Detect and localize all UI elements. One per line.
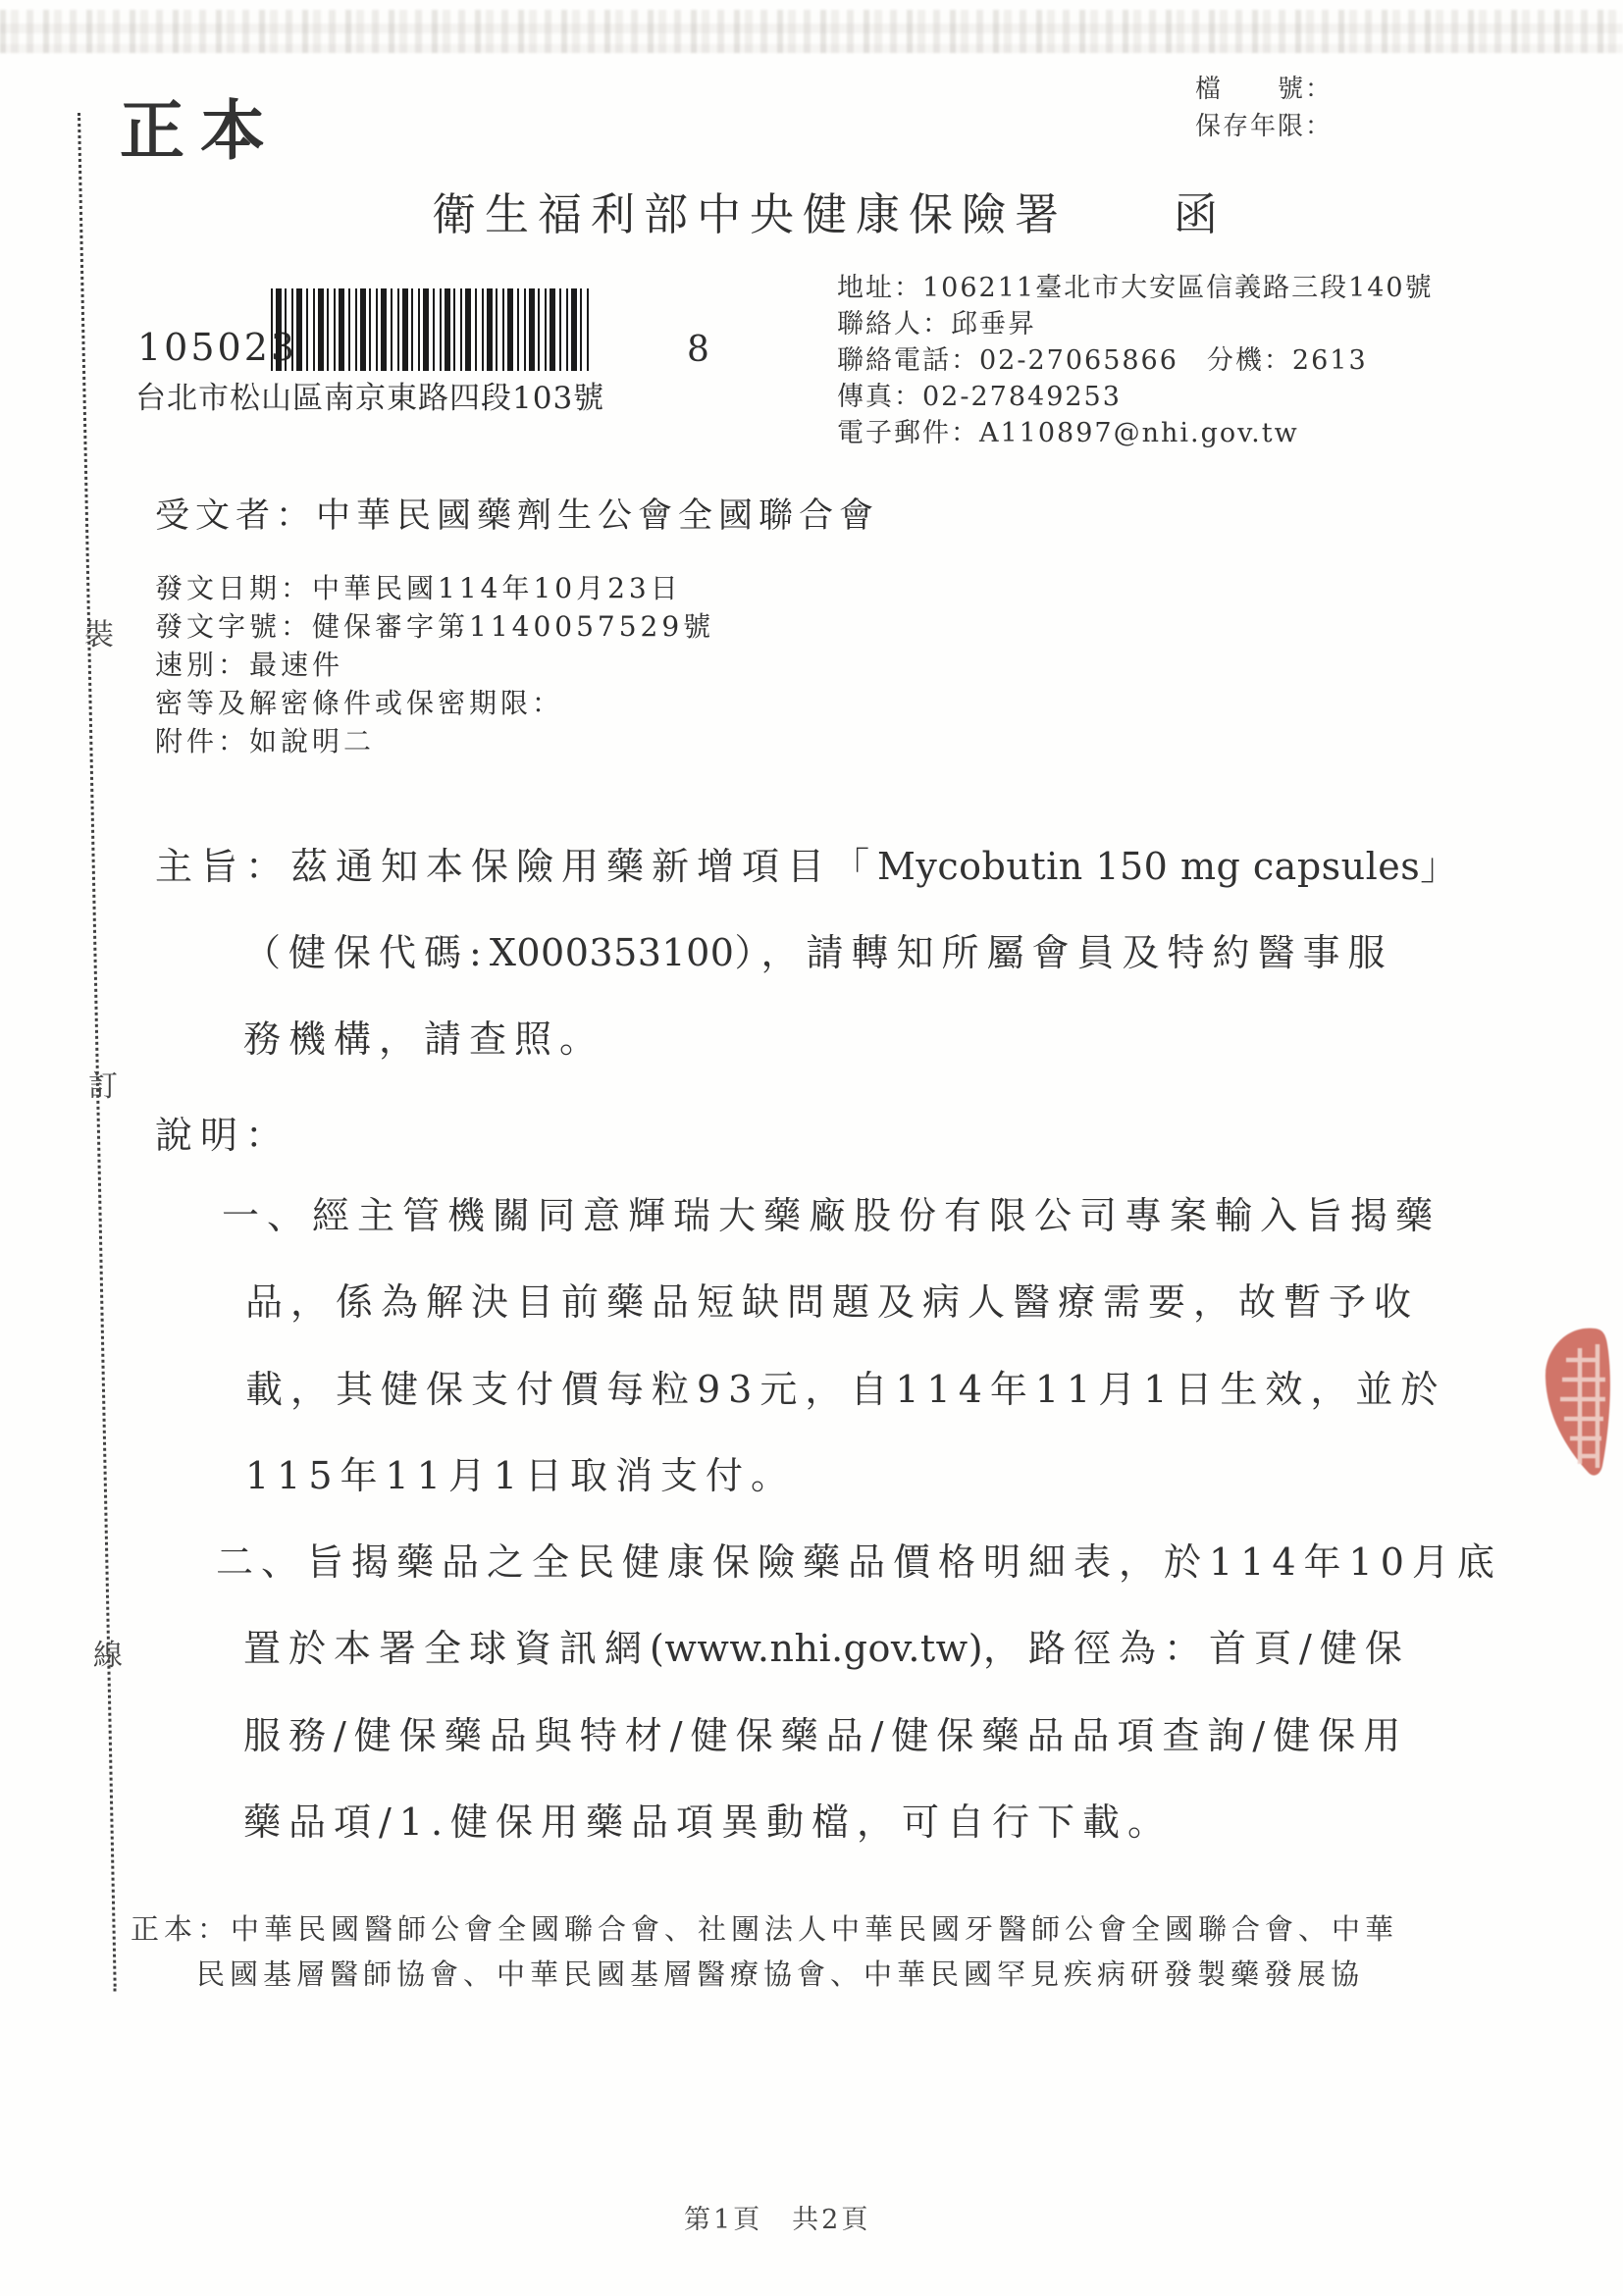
speed-class: 速別：最速件	[155, 646, 714, 684]
subject-drug-name: Mycobutin 150 mg capsules	[877, 845, 1420, 888]
subject-line-3: 務機構，請查照。	[243, 1009, 604, 1063]
item2-line2-post: ，路徑為：首頁/健保	[983, 1627, 1410, 1670]
scanned-letter-page: 裝 訂 線 正本 檔 號： 保存年限： 衛生福利部中央健康保險署 函 10502…	[0, 0, 1623, 2296]
security-class: 密等及解密條件或保密期限：	[155, 684, 714, 722]
contact-person: 聯絡人：邱垂昇	[837, 306, 1434, 342]
explanation-item2-line4: 藥品項/1.健保用藥品項異動檔，可自行下載。	[243, 1792, 1173, 1846]
contact-phone: 聯絡電話：02-27065866 分機：2613	[837, 342, 1434, 379]
binding-mark-xian: 線	[93, 1631, 123, 1674]
contact-info-block: 地址：106211臺北市大安區信義路三段140號 聯絡人：邱垂昇 聯絡電話：02…	[837, 270, 1434, 451]
recipient-line: 受文者：中華民國藥劑生公會全國聯合會	[155, 489, 879, 538]
dispatch-date: 發文日期：中華民國114年10月23日	[155, 569, 714, 607]
distribution-line-2: 民國基層醫師協會、中華民國基層醫療協會、中華民國罕見疾病研發製藥發展協	[196, 1953, 1364, 1993]
subject-close-bracket: 」	[1420, 845, 1465, 888]
contact-fax: 傳真：02-27849253	[837, 379, 1434, 415]
explanation-item1-line1: 一、經主管機關同意輝瑞大藥廠股份有限公司專案輸入旨揭藥	[222, 1185, 1440, 1239]
file-number-label: 檔 號：	[1195, 71, 1333, 108]
explanation-item1-line4: 115年11月1日取消支付。	[245, 1445, 796, 1499]
subject-line-2: （健保代碼:X000353100），請轉知所屬會員及特約醫事服	[243, 922, 1392, 976]
explanation-item2-line2: 置於本署全球資訊網(www.nhi.gov.tw)，路徑為：首頁/健保	[243, 1618, 1410, 1672]
dispatch-meta-block: 發文日期：中華民國114年10月23日 發文字號：健保審字第1140057529…	[155, 569, 714, 760]
distribution-line-1: 正本：中華民國醫師公會全國聯合會、社團法人中華民國牙醫師公會全國聯合會、中華	[131, 1907, 1398, 1948]
recipient-street-address: 台北市松山區南京東路四段103號	[135, 373, 604, 417]
page-number: 第1頁 共2頁	[684, 2198, 870, 2236]
copy-type-label: 正本	[120, 78, 281, 172]
subject-zh: 主旨：茲通知本保險用藥新增項目「	[155, 845, 877, 888]
explanation-item1-line3: 載，其健保支付價每粒93元，自114年11月1日生效，並於	[245, 1359, 1445, 1413]
contact-email: 電子郵件：A110897@nhi.gov.tw	[837, 415, 1434, 451]
explanation-item2-line1: 二、旨揭藥品之全民健康保險藥品價格明細表，於114年10月底	[216, 1532, 1502, 1586]
barcode-check-digit: 8	[687, 330, 709, 370]
subject-line-1: 主旨：茲通知本保險用藥新增項目「Mycobutin 150 mg capsule…	[155, 836, 1465, 890]
explanation-label: 說明：	[155, 1105, 290, 1159]
file-number-block: 檔 號： 保存年限：	[1195, 71, 1333, 145]
subject-code-rest: ），請轉知所屬會員及特約醫事服	[734, 931, 1392, 974]
binding-mark-ding: 訂	[88, 1062, 118, 1105]
explanation-item1-line2: 品，係為解決目前藥品短缺問題及病人醫療需要，故暫予收	[245, 1272, 1419, 1326]
nhi-drug-code: X000353100	[490, 931, 735, 974]
explanation-item2-line3: 服務/健保藥品與特材/健保藥品/健保藥品品項查詢/健保用	[243, 1705, 1408, 1759]
dispatch-number: 發文字號：健保審字第1140057529號	[155, 607, 714, 646]
nhi-website-url: (www.nhi.gov.tw)	[650, 1627, 983, 1670]
binding-dotted-line	[78, 113, 117, 1992]
binding-mark-zhuang: 裝	[84, 610, 114, 653]
contact-address: 地址：106211臺北市大安區信義路三段140號	[837, 270, 1434, 306]
document-title: 衛生福利部中央健康保險署 函	[432, 179, 1227, 242]
barcode	[271, 288, 591, 371]
subject-code-open: （健保代碼:	[243, 931, 490, 974]
retention-period-label: 保存年限：	[1195, 108, 1333, 145]
scanner-artifact-band	[0, 10, 1623, 53]
item2-line2-pre: 置於本署全球資訊網	[243, 1627, 650, 1670]
attachment-note: 附件：如說明二	[155, 722, 714, 760]
red-seal-stamp	[1537, 1323, 1623, 1491]
